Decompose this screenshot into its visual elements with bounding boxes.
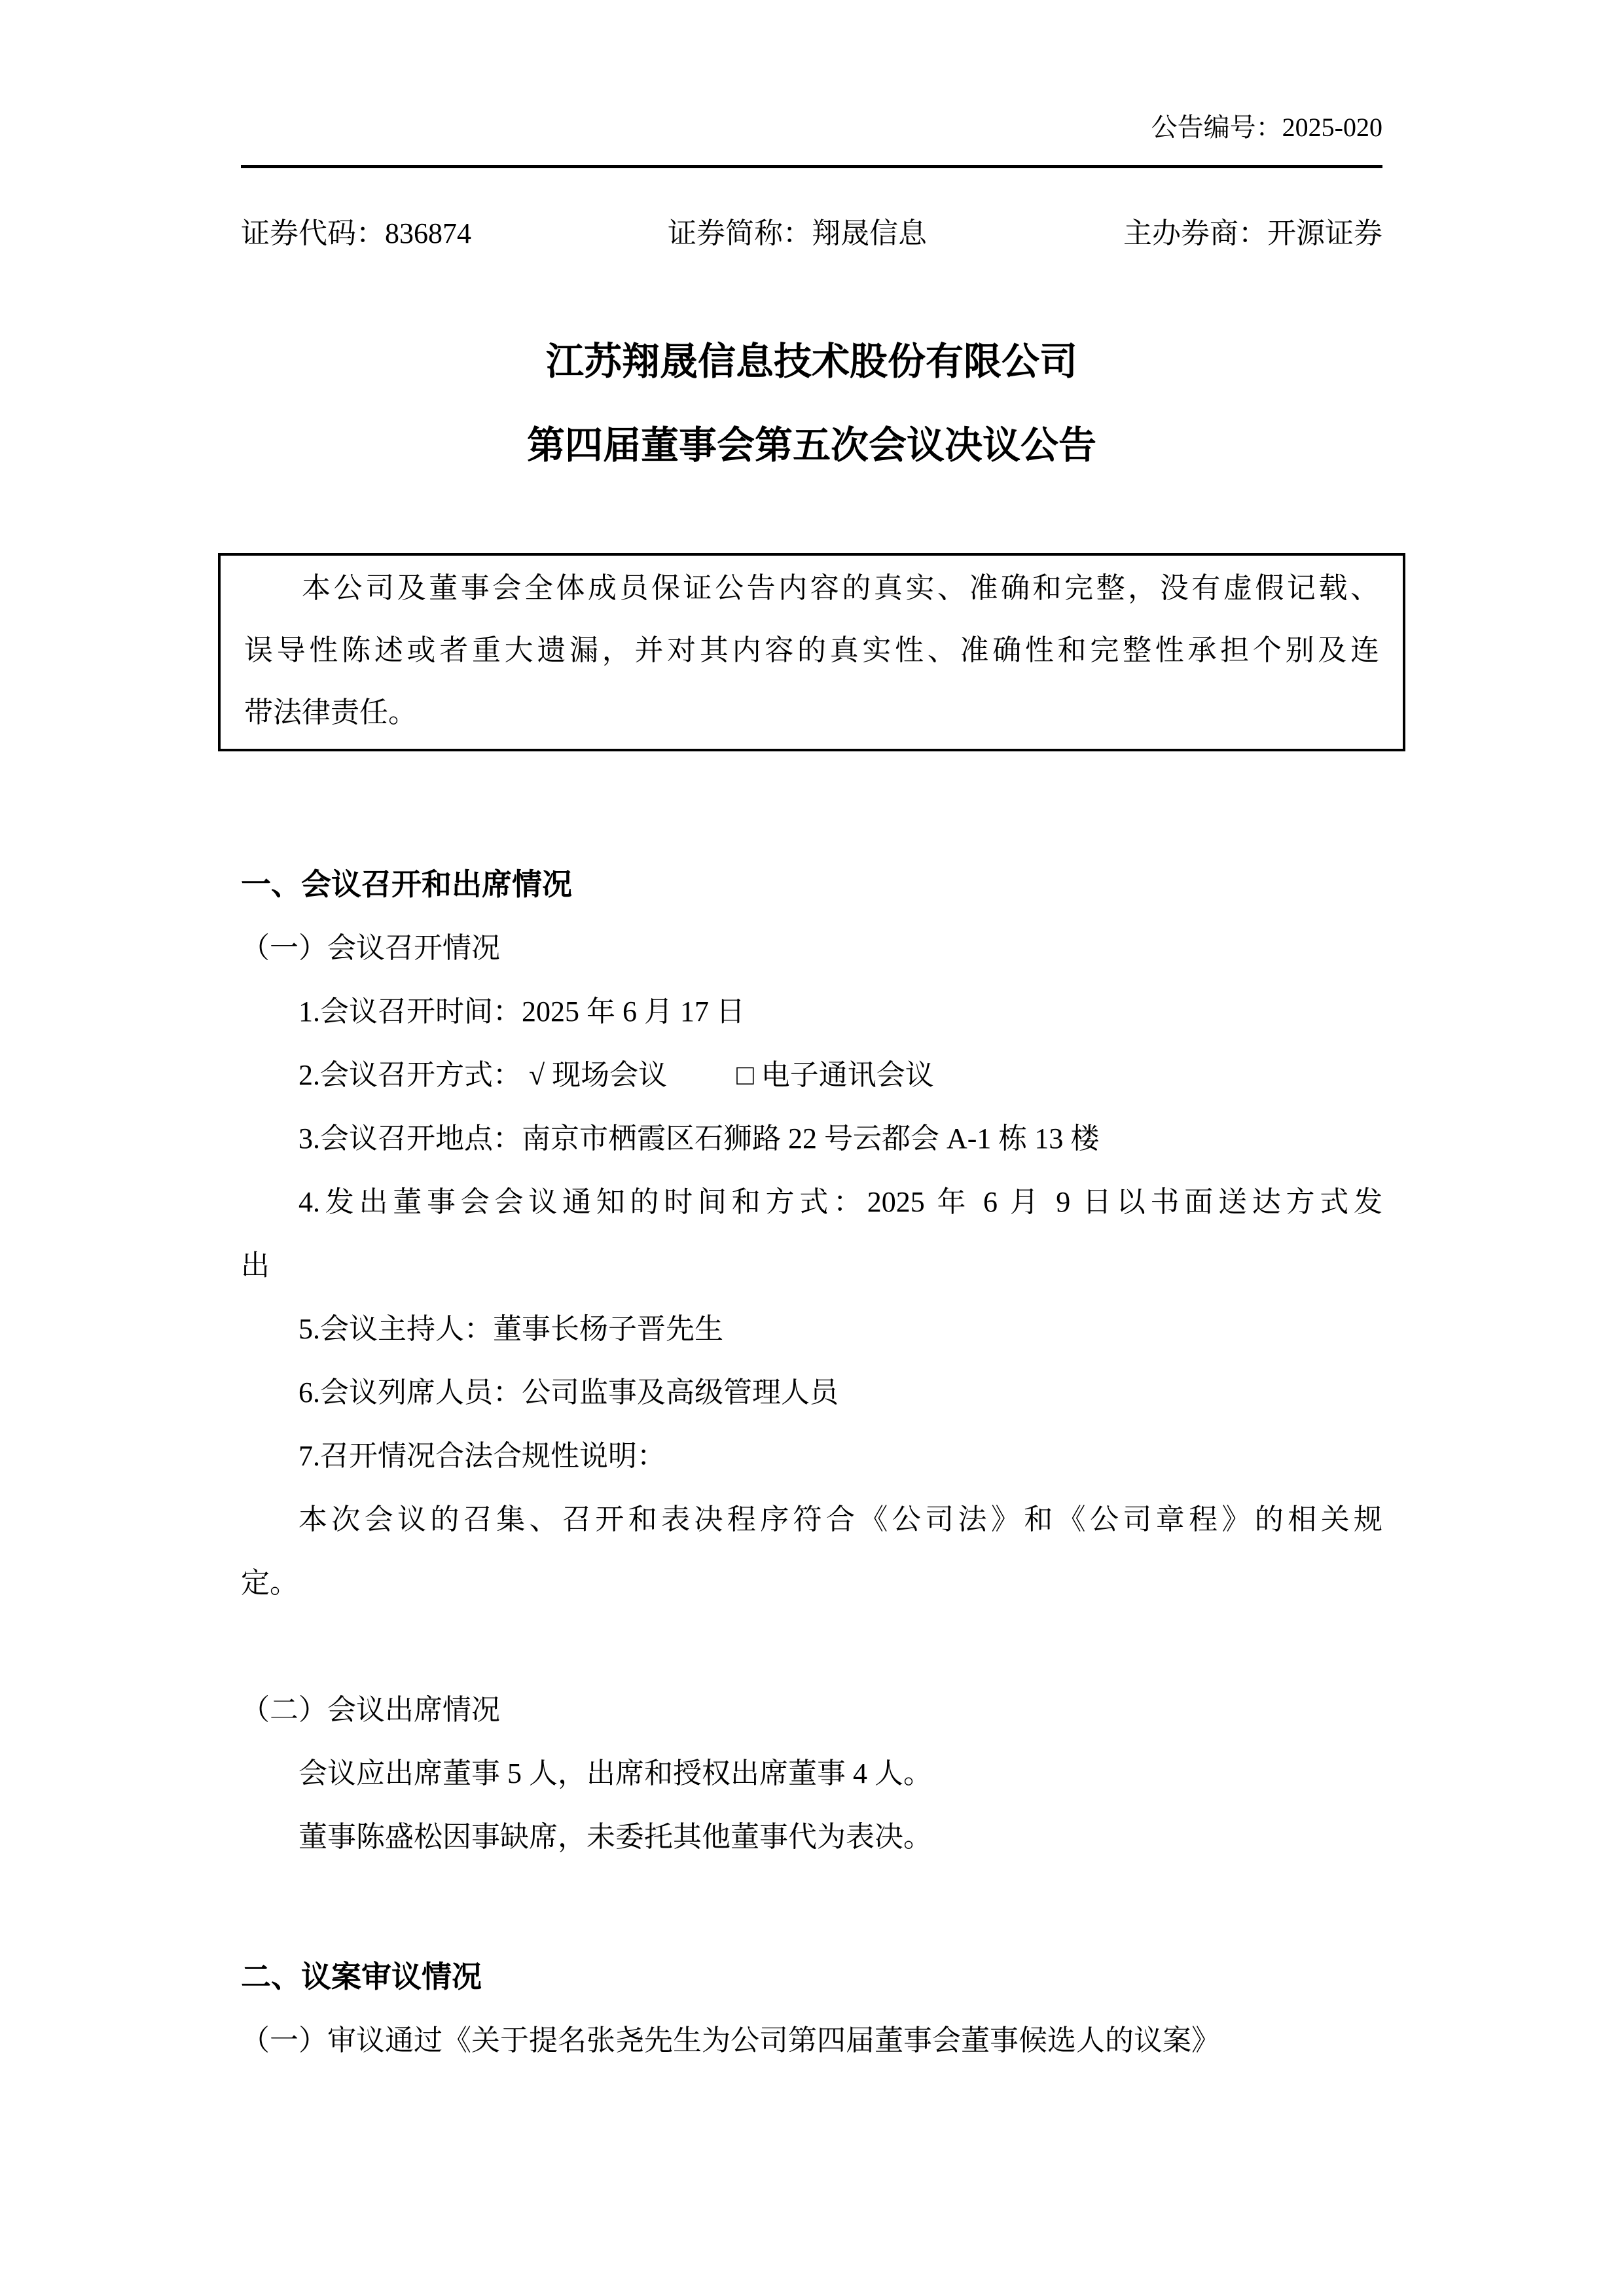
subsection-2-1-heading: （一）审议通过《关于提名张尧先生为公司第四届董事会董事候选人的议案》 xyxy=(241,2009,1382,2072)
meeting-method-item: 2.会议召开方式： √ 现场会议 □ 电子通讯会议 xyxy=(241,1043,1382,1107)
legality-note: 本次会议的召集、召开和表决程序符合《公司法》和《公司章程》的相关规 xyxy=(241,1488,1382,1551)
meeting-method-option-label: 电子通讯会议 xyxy=(761,1059,934,1091)
meeting-place-item: 3.会议召开地点：南京市栖霞区石狮路 22 号云都会 A-1 栋 13 楼 xyxy=(241,1107,1382,1170)
section-2-heading: 二、议案审议情况 xyxy=(241,1945,1382,2009)
document-body: 一、会议召开和出席情况 （一）会议召开情况 1.会议召开时间：2025 年 6 … xyxy=(241,853,1382,2072)
blank-line xyxy=(241,1615,1382,1678)
securities-bar: 证券代码：836874 证券简称：翔晟信息 主办券商：开源证券 xyxy=(241,214,1382,253)
document-title-subject: 第四届董事会第五次会议决议公告 xyxy=(241,421,1382,471)
meeting-method-label: 2.会议召开方式： xyxy=(298,1059,522,1091)
disclaimer-line: 误导性陈述或者重大遗漏，并对其内容的真实性、准确性和完整性承担个别及连 xyxy=(244,619,1379,681)
legality-statement-item: 7.召开情况合法合规性说明： xyxy=(241,1424,1382,1488)
subsection-1-2-heading: （二）会议出席情况 xyxy=(241,1678,1382,1742)
announcement-number: 公告编号：2025-020 xyxy=(241,113,1382,143)
document-title-company: 江苏翔晟信息技术股份有限公司 xyxy=(241,337,1382,387)
securities-short-name: 证券简称：翔晟信息 xyxy=(668,214,927,253)
disclaimer-line: 带法律责任。 xyxy=(244,681,1379,744)
meeting-method-option-label: 现场会议 xyxy=(552,1059,667,1091)
checked-mark-icon: √ xyxy=(529,1059,545,1091)
securities-code: 证券代码：836874 xyxy=(241,214,471,253)
legality-note-continuation: 定。 xyxy=(241,1551,1382,1615)
disclaimer-line: 本公司及董事会全体成员保证公告内容的真实、准确和完整，没有虚假记载、 xyxy=(244,557,1379,619)
absence-line: 董事陈盛松因事缺席，未委托其他董事代为表决。 xyxy=(241,1805,1382,1869)
attendance-line: 会议应出席董事 5 人，出席和授权出席董事 4 人。 xyxy=(241,1742,1382,1805)
meeting-notice-item: 4.发出董事会会议通知的时间和方式：2025 年 6 月 9 日以书面送达方式发 xyxy=(241,1170,1382,1234)
blank-line xyxy=(241,1869,1382,1932)
disclaimer-box: 本公司及董事会全体成员保证公告内容的真实、准确和完整，没有虚假记载、 误导性陈述… xyxy=(218,553,1405,751)
header-rule xyxy=(241,165,1382,168)
sponsor-broker: 主办券商：开源证券 xyxy=(1123,214,1382,253)
meeting-notice-continuation: 出 xyxy=(241,1234,1382,1297)
meeting-observers-item: 6.会议列席人员：公司监事及高级管理人员 xyxy=(241,1361,1382,1424)
meeting-time-item: 1.会议召开时间：2025 年 6 月 17 日 xyxy=(241,980,1382,1043)
announcement-page: 公告编号：2025-020 证券代码：836874 证券简称：翔晟信息 主办券商… xyxy=(0,0,1624,2296)
unchecked-box-icon: □ xyxy=(736,1059,754,1091)
subsection-1-1-heading: （一）会议召开情况 xyxy=(241,916,1382,980)
meeting-host-item: 5.会议主持人：董事长杨子晋先生 xyxy=(241,1297,1382,1361)
section-1-heading: 一、会议召开和出席情况 xyxy=(241,853,1382,916)
